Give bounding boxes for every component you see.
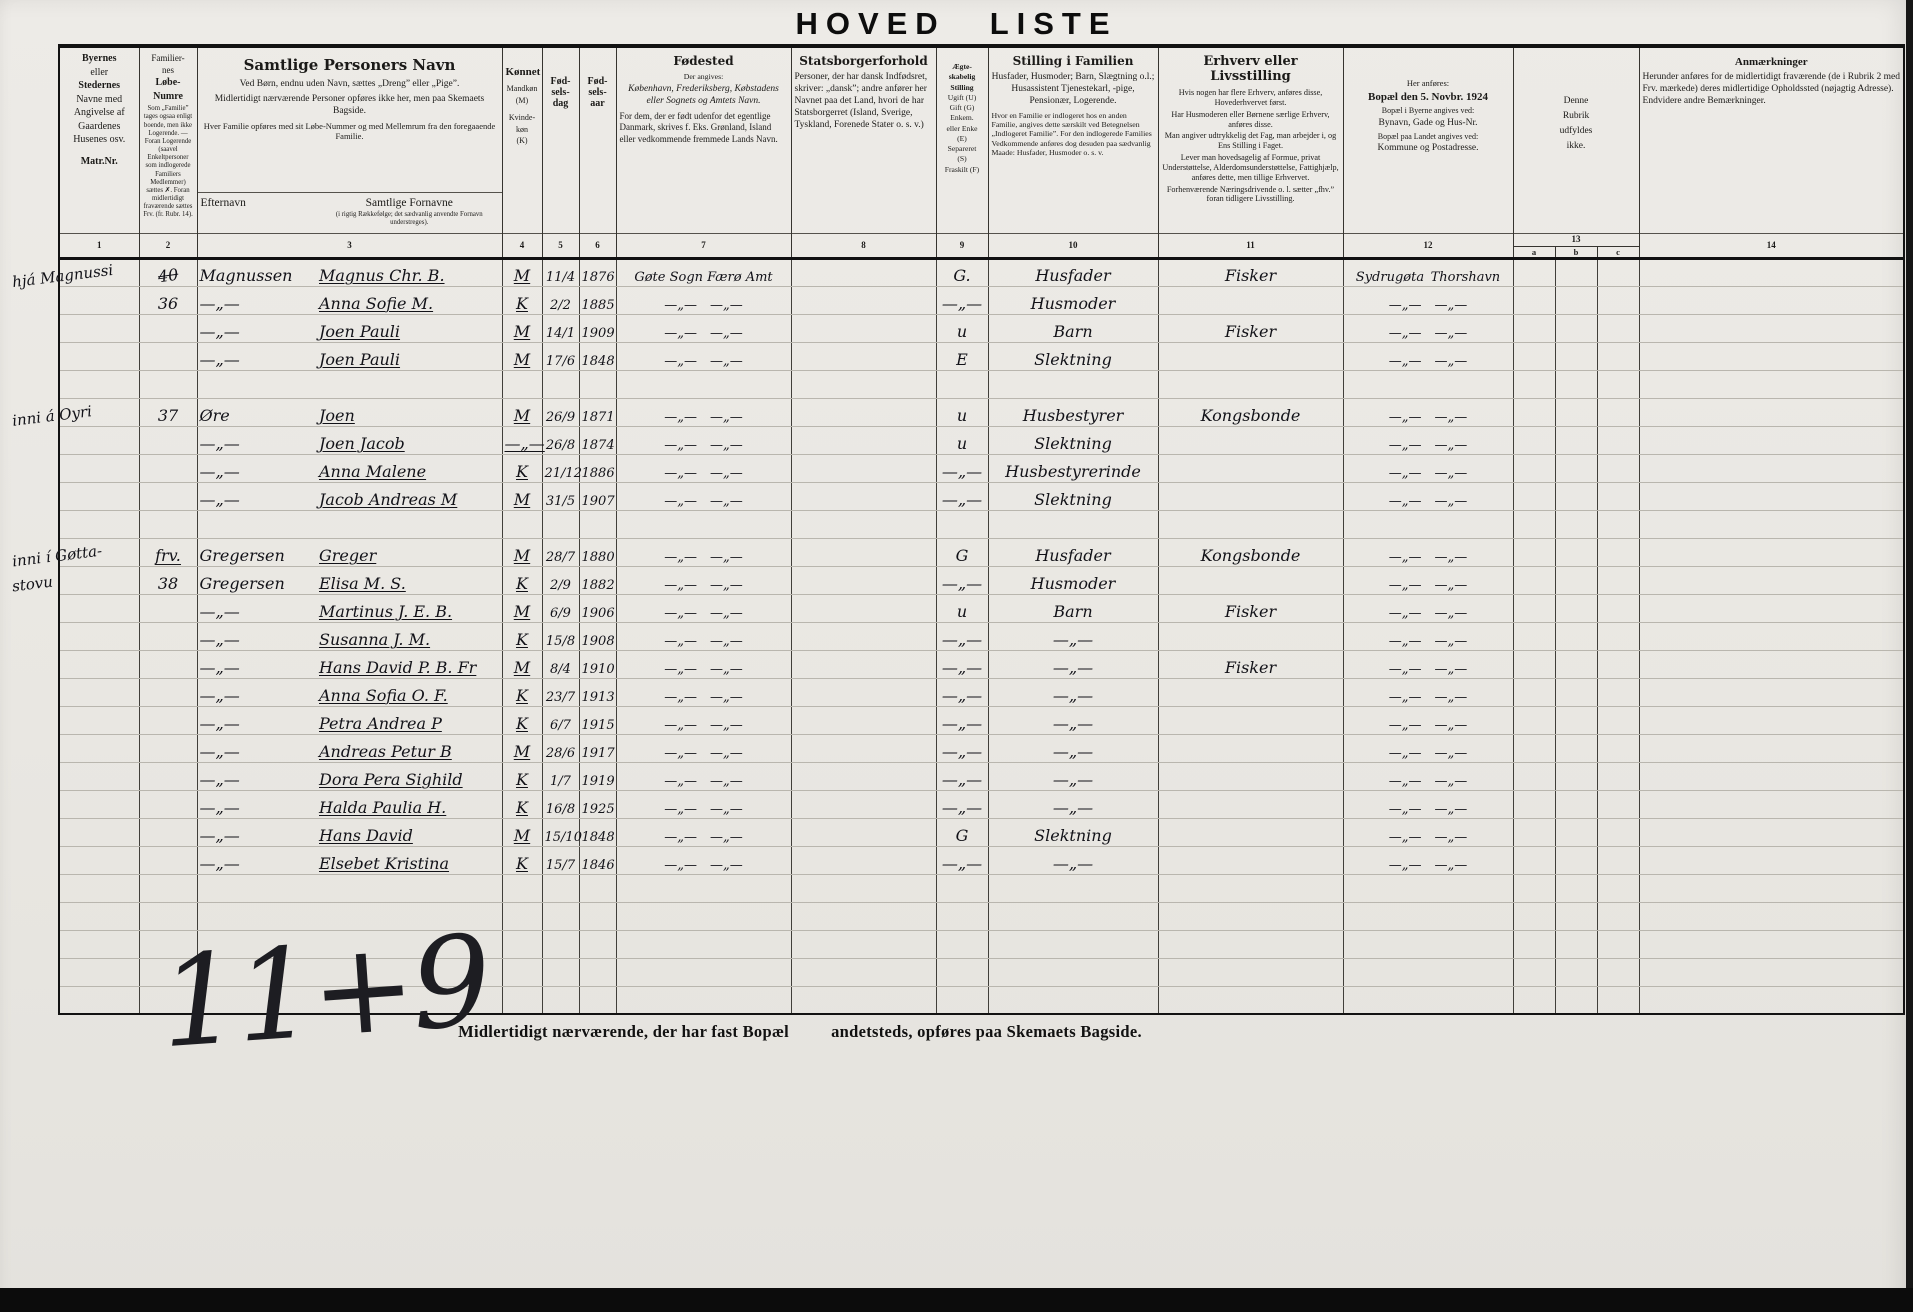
cell-b xyxy=(1555,594,1597,622)
handwritten-sex: K xyxy=(516,770,528,789)
handwritten-dag: 17/6 xyxy=(546,354,575,369)
header-col-sex: Kønnet Mandkøn (M) Kvinde- køn (K) xyxy=(502,46,542,233)
handwritten-efter: —„— xyxy=(200,854,240,873)
cell-for: Petra Andrea P xyxy=(317,706,502,734)
handwritten-stil: —„— xyxy=(1053,854,1093,873)
cell-stat xyxy=(791,538,936,566)
handwritten-efter: —„— xyxy=(200,350,240,369)
table-row: —„—Andreas Petur BM28/61917—„— —„——„——„—… xyxy=(59,734,1904,762)
cell-bop: —„— —„— xyxy=(1343,678,1513,706)
cell-aar: 1913 xyxy=(579,678,616,706)
cell-dag: 28/7 xyxy=(542,538,579,566)
cell-sex: —„— xyxy=(502,426,542,454)
handwritten-stil: Husbestyrerinde xyxy=(1005,462,1141,481)
handwritten-stand: E xyxy=(956,350,968,369)
cell-stil: —„— xyxy=(988,734,1158,762)
cell-place xyxy=(59,370,139,398)
cell-c xyxy=(1597,706,1639,734)
handwritten-aar: 1907 xyxy=(582,494,615,509)
header-col-remarks: Anmærkninger Herunder anføres for de mid… xyxy=(1639,46,1904,233)
cell-aar: 1917 xyxy=(579,734,616,762)
cell-b xyxy=(1555,454,1597,482)
cell-bop: —„— —„— xyxy=(1343,286,1513,314)
cell-fam: 38 xyxy=(139,566,197,594)
cell-efter xyxy=(197,370,317,398)
cell-stat xyxy=(791,930,936,958)
handwritten-bop: —„— —„— xyxy=(1389,494,1467,509)
header-col-marital-status: Ægte- skabelig Stilling Ugift (U) Gift (… xyxy=(936,46,988,233)
cell-sted xyxy=(616,902,791,930)
handwritten-efter: —„— xyxy=(200,826,240,845)
cell-stat xyxy=(791,370,936,398)
cell-fam: 40 xyxy=(139,258,197,286)
handwritten-dag: 15/8 xyxy=(546,634,575,649)
cell-fam: 37 xyxy=(139,398,197,426)
cell-erh xyxy=(1158,902,1343,930)
cell-sex: K xyxy=(502,846,542,874)
cell-stat xyxy=(791,258,936,286)
cell-erh xyxy=(1158,566,1343,594)
cell-bop: —„— —„— xyxy=(1343,650,1513,678)
cell-b xyxy=(1555,818,1597,846)
handwritten-stil: Slektning xyxy=(1034,490,1112,509)
handwritten-efter: —„— xyxy=(200,798,240,817)
cell-aar xyxy=(579,930,616,958)
handwritten-aar: 1908 xyxy=(582,634,615,649)
table-row: —„—Anna MaleneK21/121886—„— —„——„—Husbes… xyxy=(59,454,1904,482)
cell-place: stovu xyxy=(59,566,139,594)
cell-b xyxy=(1555,258,1597,286)
cell-stil xyxy=(988,370,1158,398)
cell-anm xyxy=(1639,622,1904,650)
handwritten-sted: —„— —„— xyxy=(664,410,742,425)
cell-aar: 1886 xyxy=(579,454,616,482)
handwritten-sex: K xyxy=(516,854,528,873)
handwritten-efter: —„— xyxy=(200,490,240,509)
handwritten-aar: 1882 xyxy=(582,578,615,593)
family-number-crossed: 40 xyxy=(157,266,179,285)
cell-erh: Kongsbonde xyxy=(1158,398,1343,426)
cell-stat xyxy=(791,762,936,790)
cell-erh xyxy=(1158,790,1343,818)
cell-fam xyxy=(139,622,197,650)
cell-aar xyxy=(579,902,616,930)
header-col-family-number: Familier- nes Løbe- Numre Som „Familie” … xyxy=(139,46,197,233)
cell-erh xyxy=(1158,454,1343,482)
cell-for xyxy=(317,874,502,902)
cell-anm xyxy=(1639,566,1904,594)
cell-place xyxy=(59,958,139,986)
handwritten-stil: —„— xyxy=(1053,770,1093,789)
handwritten-bop: —„— —„— xyxy=(1389,438,1467,453)
handwritten-stil: Slektning xyxy=(1034,350,1112,369)
cell-dag: 1/7 xyxy=(542,762,579,790)
header-col-citizenship: Statsborgerforhold Personer, der har dan… xyxy=(791,46,936,233)
cell-sex: M xyxy=(502,314,542,342)
cell-bop: —„— —„— xyxy=(1343,566,1513,594)
handwritten-dag: 2/9 xyxy=(550,578,571,593)
cell-anm xyxy=(1639,678,1904,706)
cell-stand: G. xyxy=(936,258,988,286)
handwritten-bop: —„— —„— xyxy=(1389,662,1467,677)
cell-fam: frv. xyxy=(139,538,197,566)
table-row: —„—Hans David P. B. FrM8/41910—„— —„——„—… xyxy=(59,650,1904,678)
column-13-abc: 13 abc xyxy=(1513,233,1639,258)
handwritten-efter: —„— xyxy=(200,770,240,789)
cell-place: inni í Gøtta- xyxy=(59,538,139,566)
cell-c xyxy=(1597,734,1639,762)
cell-stil xyxy=(988,902,1158,930)
handwritten-sex: K xyxy=(516,574,528,593)
handwritten-dag: 6/7 xyxy=(550,718,571,733)
handwritten-dag: 21/12 xyxy=(545,466,582,481)
handwritten-stand: u xyxy=(957,602,967,621)
handwritten-bop: —„— —„— xyxy=(1389,606,1467,621)
cell-stand: —„— xyxy=(936,454,988,482)
cell-erh: Kongsbonde xyxy=(1158,538,1343,566)
cell-stand: —„— xyxy=(936,734,988,762)
cell-aar xyxy=(579,370,616,398)
cell-sex: M xyxy=(502,594,542,622)
cell-a xyxy=(1513,370,1555,398)
cell-erh xyxy=(1158,482,1343,510)
cell-erh xyxy=(1158,986,1343,1014)
cell-for: Halda Paulia H. xyxy=(317,790,502,818)
handwritten-sex: M xyxy=(514,490,530,509)
cell-anm xyxy=(1639,762,1904,790)
cell-sted: —„— —„— xyxy=(616,538,791,566)
cell-c xyxy=(1597,902,1639,930)
cell-bop: —„— —„— xyxy=(1343,398,1513,426)
cell-b xyxy=(1555,482,1597,510)
handwritten-for: Joen xyxy=(319,406,355,425)
cell-stand xyxy=(936,986,988,1014)
handwritten-stand: u xyxy=(957,406,967,425)
cell-efter: Øre xyxy=(197,398,317,426)
cell-efter xyxy=(197,510,317,538)
cell-aar: 1906 xyxy=(579,594,616,622)
cell-bop: —„— —„— xyxy=(1343,454,1513,482)
cell-stat xyxy=(791,594,936,622)
cell-for: Anna Malene xyxy=(317,454,502,482)
handwritten-sted: —„— —„— xyxy=(664,830,742,845)
cell-sted: —„— —„— xyxy=(616,342,791,370)
census-table: Byernes eller Stedernes Navne med Angive… xyxy=(58,44,1905,1015)
cell-dag: 2/9 xyxy=(542,566,579,594)
cell-sted: —„— —„— xyxy=(616,622,791,650)
cell-stil: Husbestyrer xyxy=(988,398,1158,426)
cell-sted: —„— —„— xyxy=(616,818,791,846)
cell-bop: —„— —„— xyxy=(1343,538,1513,566)
handwritten-erh: Fisker xyxy=(1225,602,1276,621)
cell-stil xyxy=(988,510,1158,538)
handwritten-for: Martinus J. E. B. xyxy=(319,602,452,621)
cell-stand: G xyxy=(936,818,988,846)
handwritten-aar: 1917 xyxy=(582,746,615,761)
cell-place xyxy=(59,314,139,342)
handwritten-stand: —„— xyxy=(942,714,982,733)
cell-stat xyxy=(791,398,936,426)
handwritten-bop: —„— —„— xyxy=(1389,298,1467,313)
cell-dag: 15/10 xyxy=(542,818,579,846)
cell-stil: —„— xyxy=(988,790,1158,818)
cell-dag xyxy=(542,930,579,958)
cell-c xyxy=(1597,370,1639,398)
handwritten-dag: 2/2 xyxy=(550,298,571,313)
handwritten-stand: —„— xyxy=(942,854,982,873)
cell-sted: —„— —„— xyxy=(616,790,791,818)
cell-stat xyxy=(791,426,936,454)
header-col-birth-year: Fød- sels- aar xyxy=(579,46,616,233)
cell-stand: u xyxy=(936,426,988,454)
cell-erh xyxy=(1158,958,1343,986)
cell-aar: 1909 xyxy=(579,314,616,342)
cell-bop xyxy=(1343,958,1513,986)
cell-for: Jacob Andreas M xyxy=(317,482,502,510)
cell-anm xyxy=(1639,510,1904,538)
handwritten-sted: —„— —„— xyxy=(664,466,742,481)
cell-sted xyxy=(616,958,791,986)
cell-stat xyxy=(791,342,936,370)
handwritten-aar: 1886 xyxy=(582,466,615,481)
cell-efter xyxy=(197,874,317,902)
handwritten-sted: —„— —„— xyxy=(664,438,742,453)
cell-fam xyxy=(139,762,197,790)
cell-b xyxy=(1555,286,1597,314)
cell-sted xyxy=(616,930,791,958)
cell-stand: —„— xyxy=(936,482,988,510)
cell-c xyxy=(1597,818,1639,846)
cell-anm xyxy=(1639,286,1904,314)
handwritten-sted: —„— —„— xyxy=(664,662,742,677)
cell-stand xyxy=(936,958,988,986)
cell-dag xyxy=(542,902,579,930)
handwritten-stand: —„— xyxy=(942,462,982,481)
cell-erh xyxy=(1158,818,1343,846)
handwritten-bop: —„— —„— xyxy=(1389,746,1467,761)
handwritten-dag: 16/8 xyxy=(546,802,575,817)
cell-efter: —„— xyxy=(197,454,317,482)
handwritten-for: Dora Pera Sighild xyxy=(319,770,463,789)
cell-erh: Fisker xyxy=(1158,258,1343,286)
handwritten-aar: 1848 xyxy=(582,354,615,369)
cell-c xyxy=(1597,482,1639,510)
cell-fam xyxy=(139,342,197,370)
cell-b xyxy=(1555,874,1597,902)
cell-c xyxy=(1597,790,1639,818)
cell-a xyxy=(1513,678,1555,706)
cell-c xyxy=(1597,286,1639,314)
cell-aar: 1874 xyxy=(579,426,616,454)
cell-aar: 1848 xyxy=(579,818,616,846)
cell-for: Greger xyxy=(317,538,502,566)
cell-a xyxy=(1513,510,1555,538)
handwritten-sted: —„— —„— xyxy=(664,494,742,509)
table-row xyxy=(59,510,1904,538)
cell-anm xyxy=(1639,986,1904,1014)
handwritten-dag: 1/7 xyxy=(550,774,571,789)
cell-stand: —„— xyxy=(936,790,988,818)
table-row: —„—Petra Andrea PK6/71915—„— —„——„——„——„… xyxy=(59,706,1904,734)
cell-sted: —„— —„— xyxy=(616,398,791,426)
cell-c xyxy=(1597,594,1639,622)
cell-fam xyxy=(139,370,197,398)
handwritten-sted: —„— —„— xyxy=(664,606,742,621)
cell-efter: —„— xyxy=(197,818,317,846)
cell-bop: —„— —„— xyxy=(1343,426,1513,454)
cell-place xyxy=(59,454,139,482)
cell-stil: Husmoder xyxy=(988,286,1158,314)
cell-sted: —„— —„— xyxy=(616,482,791,510)
header-col-occupation: Erhverv eller Livsstilling Hvis nogen ha… xyxy=(1158,46,1343,233)
cell-fam xyxy=(139,650,197,678)
cell-b xyxy=(1555,678,1597,706)
table-row: —„—Jacob Andreas MM31/51907—„— —„——„—Sle… xyxy=(59,482,1904,510)
cell-for: Hans David xyxy=(317,818,502,846)
cell-place xyxy=(59,678,139,706)
cell-efter: Gregersen xyxy=(197,566,317,594)
cell-b xyxy=(1555,342,1597,370)
cell-anm xyxy=(1639,538,1904,566)
cell-fam xyxy=(139,482,197,510)
cell-stand xyxy=(936,930,988,958)
handwritten-efter: —„— xyxy=(200,686,240,705)
family-number: 36 xyxy=(158,294,178,313)
handwritten-efter: —„— xyxy=(200,322,240,341)
cell-c xyxy=(1597,874,1639,902)
header-col-do-not-fill: Denne Rubrik udfyldes ikke. xyxy=(1513,46,1639,233)
cell-fam xyxy=(139,874,197,902)
cell-sted: Gøte Sogn Færø Amt xyxy=(616,258,791,286)
cell-c xyxy=(1597,454,1639,482)
table-row: —„—Martinus J. E. B.M6/91906—„— —„—uBarn… xyxy=(59,594,1904,622)
cell-sted xyxy=(616,370,791,398)
cell-erh xyxy=(1158,762,1343,790)
cell-efter: —„— xyxy=(197,762,317,790)
cell-efter: —„— xyxy=(197,734,317,762)
cell-dag xyxy=(542,986,579,1014)
table-row: —„—Joen PauliM17/61848—„— —„—ESlektning—… xyxy=(59,342,1904,370)
cell-aar: 1848 xyxy=(579,342,616,370)
handwritten-sted: —„— —„— xyxy=(664,550,742,565)
cell-for: Susanna J. M. xyxy=(317,622,502,650)
handwritten-for: Anna Sofia O. F. xyxy=(319,686,448,705)
cell-stil: Slektning xyxy=(988,818,1158,846)
cell-bop xyxy=(1343,902,1513,930)
cell-b xyxy=(1555,650,1597,678)
cell-b xyxy=(1555,398,1597,426)
handwritten-bop: —„— —„— xyxy=(1389,578,1467,593)
cell-stil xyxy=(988,986,1158,1014)
family-number: 37 xyxy=(158,406,178,425)
table-row xyxy=(59,874,1904,902)
cell-c xyxy=(1597,314,1639,342)
cell-erh xyxy=(1158,370,1343,398)
handwritten-efter: Øre xyxy=(200,406,230,425)
handwritten-stil: —„— xyxy=(1053,686,1093,705)
cell-bop: —„— —„— xyxy=(1343,734,1513,762)
cell-a xyxy=(1513,482,1555,510)
cell-place xyxy=(59,734,139,762)
table-row: —„—Elsebet KristinaK15/71846—„— —„——„——„… xyxy=(59,846,1904,874)
handwritten-for: Halda Paulia H. xyxy=(319,798,446,817)
handwritten-stil: Slektning xyxy=(1034,826,1112,845)
cell-aar: 1907 xyxy=(579,482,616,510)
handwritten-stil: —„— xyxy=(1053,630,1093,649)
family-number: 38 xyxy=(158,574,178,593)
cell-b xyxy=(1555,734,1597,762)
table-row: —„—Joen PauliM14/11909—„— —„—uBarnFisker… xyxy=(59,314,1904,342)
header-col-family-position: Stilling i Familien Husfader, Husmoder; … xyxy=(988,46,1158,233)
cell-c xyxy=(1597,930,1639,958)
handwritten-aar: 1906 xyxy=(582,606,615,621)
cell-a xyxy=(1513,846,1555,874)
table-row: —„—Halda Paulia H.K16/81925—„— —„——„——„—… xyxy=(59,790,1904,818)
handwritten-stil: Slektning xyxy=(1034,434,1112,453)
cell-a xyxy=(1513,286,1555,314)
cell-erh xyxy=(1158,678,1343,706)
cell-stand xyxy=(936,510,988,538)
handwritten-stand: —„— xyxy=(942,798,982,817)
cell-stil: Husbestyrerinde xyxy=(988,454,1158,482)
handwritten-sted: —„— —„— xyxy=(664,690,742,705)
cell-efter: —„— xyxy=(197,286,317,314)
cell-bop: —„— —„— xyxy=(1343,706,1513,734)
cell-dag: 8/4 xyxy=(542,650,579,678)
handwritten-for: Elsebet Kristina xyxy=(319,854,449,873)
cell-dag xyxy=(542,958,579,986)
cell-b xyxy=(1555,986,1597,1014)
cell-bop xyxy=(1343,510,1513,538)
cell-efter: Magnussen xyxy=(197,258,317,286)
cell-for: Hans David P. B. Fr xyxy=(317,650,502,678)
handwritten-for: Magnus Chr. B. xyxy=(319,266,445,285)
handwritten-for: Elisa M. S. xyxy=(319,574,406,593)
handwritten-dag: 26/9 xyxy=(546,410,575,425)
handwritten-aar: 1885 xyxy=(582,298,615,313)
handwritten-bop: —„— —„— xyxy=(1389,830,1467,845)
cell-stil: —„— xyxy=(988,650,1158,678)
cell-erh xyxy=(1158,622,1343,650)
cell-dag: 15/8 xyxy=(542,622,579,650)
cell-stil xyxy=(988,930,1158,958)
handwritten-aar: 1880 xyxy=(582,550,615,565)
cell-sex: K xyxy=(502,454,542,482)
handwritten-sex: —„— xyxy=(505,434,545,453)
cell-stil: —„— xyxy=(988,846,1158,874)
handwritten-sted: —„— —„— xyxy=(664,718,742,733)
cell-place xyxy=(59,622,139,650)
cell-b xyxy=(1555,706,1597,734)
cell-stil: —„— xyxy=(988,622,1158,650)
cell-sex xyxy=(502,902,542,930)
handwritten-aar: 1915 xyxy=(582,718,615,733)
cell-dag: 17/6 xyxy=(542,342,579,370)
handwritten-stand: —„— xyxy=(942,630,982,649)
cell-aar xyxy=(579,986,616,1014)
cell-stat xyxy=(791,986,936,1014)
handwritten-efter: —„— xyxy=(200,462,240,481)
cell-fam xyxy=(139,426,197,454)
cell-stil: Husfader xyxy=(988,538,1158,566)
cell-sex xyxy=(502,986,542,1014)
table-row: hjá Magnussi40MagnussenMagnus Chr. B.M11… xyxy=(59,258,1904,286)
handwritten-dag: 23/7 xyxy=(546,690,575,705)
cell-dag: 6/9 xyxy=(542,594,579,622)
cell-c xyxy=(1597,398,1639,426)
cell-anm xyxy=(1639,650,1904,678)
cell-bop: —„— —„— xyxy=(1343,342,1513,370)
